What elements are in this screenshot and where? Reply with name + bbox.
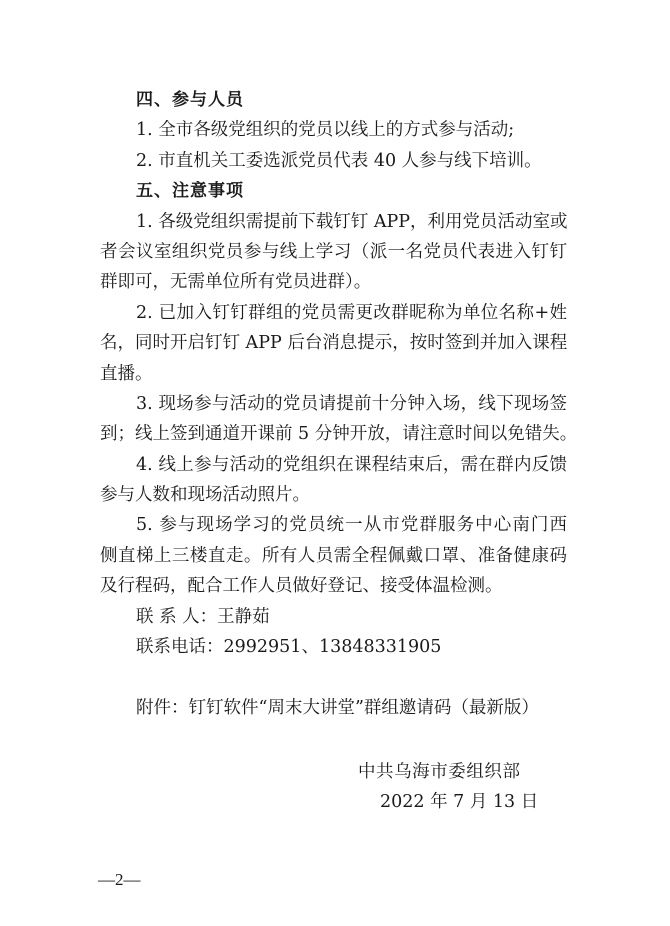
notes-item-5: 5. 参与现场学习的党员统一从市党群服务中心南门西 侧直梯上三楼直走。所有人员需… (100, 510, 567, 601)
paragraph-line: 名，同时开启钉钉 APP 后台消息提示，按时签到并加入课程 (100, 328, 567, 358)
paragraph-line: 4. 线上参与活动的党组织在课程结束后，需在群内反馈 (100, 450, 567, 480)
notes-item-2: 2. 已加入钉钉群组的党员需更改群昵称为单位名称+姓 名，同时开启钉钉 APP … (100, 298, 567, 389)
contact-phone-value: 2992951、13848331905 (224, 637, 442, 657)
paragraph-line: 到；线上签到通道开课前 5 分钟开放，请注意时间以免错失。 (100, 419, 567, 449)
paragraph-line: 侧直梯上三楼直走。所有人员需全程佩戴口罩、准备健康码 (100, 541, 567, 571)
notes-item-3: 3. 现场参与活动的党员请提前十分钟入场，线下现场签 到；线上签到通道开课前 5… (100, 389, 567, 450)
document-page: 四、参与人员 1. 全市各级党组织的党员以线上的方式参与活动; 2. 市直机关工… (0, 0, 670, 926)
notes-item-1: 1. 各级党组织需提前下载钉钉 APP，利用党员活动室或 者会议室组织党员参与线… (100, 207, 567, 298)
paragraph-line: 者会议室组织党员参与线上学习（派一名党员代表进入钉钉 (100, 237, 567, 267)
paragraph-line: 2. 已加入钉钉群组的党员需更改群昵称为单位名称+姓 (100, 298, 567, 328)
paragraph-line: 3. 现场参与活动的党员请提前十分钟入场，线下现场签 (100, 389, 567, 419)
paragraph-line: 直播。 (100, 359, 567, 389)
spacer (100, 662, 567, 692)
section-heading-participants: 四、参与人员 (100, 85, 567, 115)
contact-person: 联 系 人：王静茹 (100, 602, 567, 632)
paragraph-line: 5. 参与现场学习的党员统一从市党群服务中心南门西 (100, 510, 567, 540)
paragraph-line: 参与人数和现场活动照片。 (100, 480, 567, 510)
contact-phone-label: 联系电话： (136, 637, 224, 657)
paragraph-line: 群即可，无需单位所有党员进群）。 (100, 267, 567, 297)
paragraph-line: 1. 各级党组织需提前下载钉钉 APP，利用党员活动室或 (100, 207, 567, 237)
participants-item-1: 1. 全市各级党组织的党员以线上的方式参与活动; (100, 115, 567, 145)
signature-date: 2022 年 7 月 13 日 (380, 787, 514, 817)
contact-phone: 联系电话：2992951、13848331905 (100, 632, 567, 662)
document-body: 四、参与人员 1. 全市各级党组织的党员以线上的方式参与活动; 2. 市直机关工… (100, 85, 567, 723)
page-number: —2— (98, 866, 141, 894)
signature-organization: 中共乌海市委组织部 (358, 757, 520, 787)
participants-item-2: 2. 市直机关工委选派党员代表 40 人参与线下培训。 (100, 146, 567, 176)
contact-person-label: 联 系 人： (136, 607, 217, 627)
paragraph-line: 及行程码，配合工作人员做好登记、接受体温检测。 (100, 571, 567, 601)
attachment-note: 附件：钉钉软件“周末大讲堂”群组邀请码（最新版） (100, 693, 567, 723)
contact-person-name: 王静茹 (217, 607, 270, 627)
section-heading-notes: 五、注意事项 (100, 176, 567, 206)
notes-item-4: 4. 线上参与活动的党组织在课程结束后，需在群内反馈 参与人数和现场活动照片。 (100, 450, 567, 511)
